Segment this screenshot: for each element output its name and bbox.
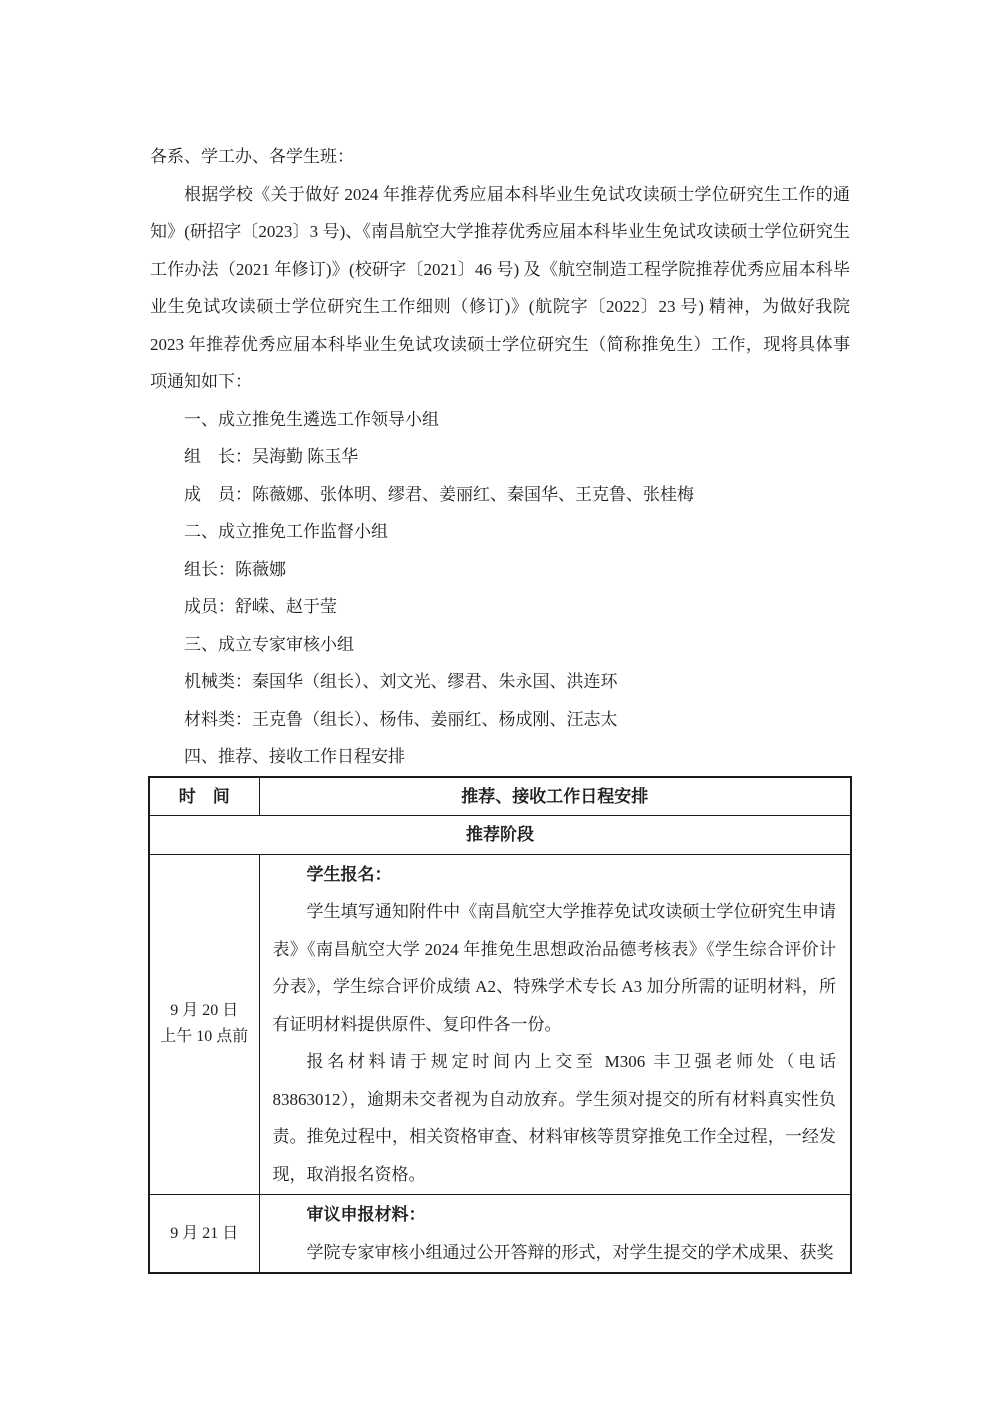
- table-header-schedule: 推荐、接收工作日程安排: [259, 777, 851, 816]
- table-header-time: 时 间: [149, 777, 259, 816]
- leader-group-head: 组 长：吴海勤 陈玉华: [184, 438, 850, 476]
- sep20-content-cell: 学生报名： 学生填写通知附件中《南昌航空大学推荐免试攻读硕士学位研究生申请表》《…: [259, 854, 851, 1195]
- supervision-group-members: 成员：舒嵘、赵于莹: [184, 588, 850, 626]
- student-registration-heading: 学生报名：: [307, 856, 837, 894]
- schedule-row-sep21: 9 月 21 日 审议申报材料： 学院专家审核小组通过公开答辩的形式，对学生提交…: [149, 1195, 851, 1274]
- section-3-heading: 三、成立专家审核小组: [184, 626, 850, 664]
- mechanical-review-group: 机械类：秦国华（组长）、刘文光、缪君、朱永国、洪连环: [184, 663, 850, 701]
- sep21-date: 9 月 21 日: [150, 1221, 259, 1247]
- sep20-deadline: 上午 10 点前: [150, 1024, 259, 1050]
- schedule-table: 时 间 推荐、接收工作日程安排 推荐阶段 9 月 20 日 上午 10 点前 学…: [148, 776, 852, 1275]
- intro-paragraph: 根据学校《关于做好 2024 年推荐优秀应届本科毕业生免试攻读硕士学位研究生工作…: [150, 176, 850, 401]
- sep21-content-cell: 审议申报材料： 学院专家审核小组通过公开答辩的形式，对学生提交的学术成果、获奖: [259, 1195, 851, 1274]
- recommend-stage-row: 推荐阶段: [149, 816, 851, 855]
- material-review-group: 材料类：王克鲁（组长）、杨伟、姜丽红、杨成刚、汪志太: [184, 701, 850, 739]
- section-2-heading: 二、成立推免工作监督小组: [184, 513, 850, 551]
- section-4-heading: 四、推荐、接收工作日程安排: [184, 738, 850, 776]
- sep21-time-cell: 9 月 21 日: [149, 1195, 259, 1274]
- document-page: 各系、学工办、各学生班： 根据学校《关于做好 2024 年推荐优秀应届本科毕业生…: [0, 0, 1000, 1414]
- section-1-heading: 一、成立推免生遴选工作领导小组: [184, 401, 850, 439]
- schedule-row-sep20: 9 月 20 日 上午 10 点前 学生报名： 学生填写通知附件中《南昌航空大学…: [149, 854, 851, 1195]
- schedule-table-header-row: 时 间 推荐、接收工作日程安排: [149, 777, 851, 816]
- recommend-stage-label: 推荐阶段: [149, 816, 851, 855]
- leader-group-members: 成 员：陈薇娜、张体明、缪君、姜丽红、秦国华、王克鲁、张桂梅: [184, 476, 850, 514]
- document-body: 各系、学工办、各学生班： 根据学校《关于做好 2024 年推荐优秀应届本科毕业生…: [150, 138, 850, 1274]
- registration-paragraph-2: 报名材料请于规定时间内上交至 M306 丰卫强老师处（电话 83863012），…: [273, 1043, 837, 1193]
- material-review-heading: 审议申报材料：: [307, 1196, 837, 1234]
- supervision-group-head: 组长：陈薇娜: [184, 551, 850, 589]
- salutation-line: 各系、学工办、各学生班：: [150, 138, 850, 176]
- registration-paragraph-1: 学生填写通知附件中《南昌航空大学推荐免试攻读硕士学位研究生申请表》《南昌航空大学…: [273, 893, 837, 1043]
- material-review-paragraph: 学院专家审核小组通过公开答辩的形式，对学生提交的学术成果、获奖: [273, 1234, 837, 1272]
- sep20-date: 9 月 20 日: [150, 998, 259, 1024]
- sep20-time-cell: 9 月 20 日 上午 10 点前: [149, 854, 259, 1195]
